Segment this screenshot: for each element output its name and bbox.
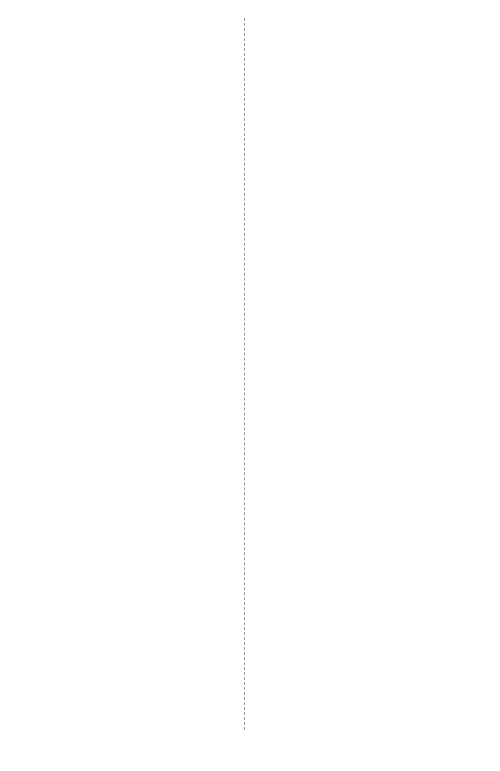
- column-divider: [244, 18, 245, 730]
